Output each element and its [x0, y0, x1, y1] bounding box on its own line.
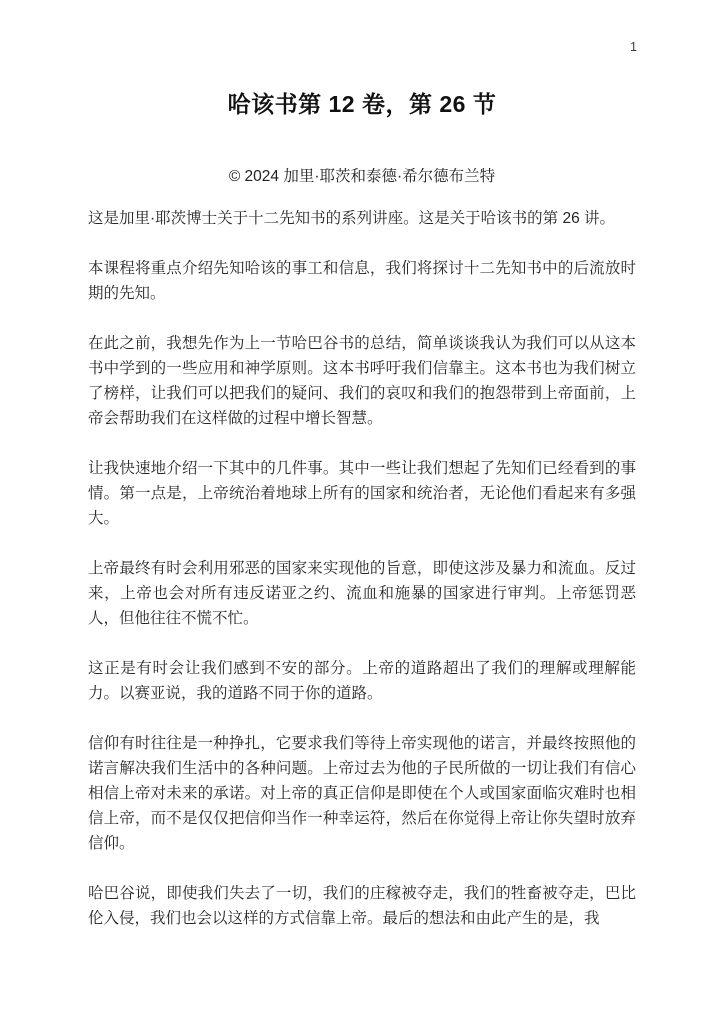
copyright-line: © 2024 加里·耶茨和泰德·希尔德布兰特	[88, 166, 636, 188]
paragraph: 上帝最终有时会利用邪恶的国家来实现他的旨意，即使这涉及暴力和流血。反过来，上帝也…	[88, 556, 636, 631]
paragraph: 信仰有时往往是一种挣扎，它要求我们等待上帝实现他的诺言，并最终按照他的诺言解决我…	[88, 731, 636, 856]
page-content: 哈该书第 12 卷，第 26 节 © 2024 加里·耶茨和泰德·希尔德布兰特 …	[88, 0, 636, 956]
paragraph: 让我快速地介绍一下其中的几件事。其中一些让我们想起了先知们已经看到的事情。第一点…	[88, 456, 636, 531]
paragraph: 这正是有时会让我们感到不安的部分。上帝的道路超出了我们的理解或理解能力。以赛亚说…	[88, 656, 636, 706]
document-page: 1 哈该书第 12 卷，第 26 节 © 2024 加里·耶茨和泰德·希尔德布兰…	[0, 0, 724, 1024]
body-text: 这是加里·耶茨博士关于十二先知书的系列讲座。这是关于哈该书的第 26 讲。 本课…	[88, 206, 636, 931]
paragraph: 哈巴谷说，即使我们失去了一切，我们的庄稼被夺走，我们的牲畜被夺走，巴比伦入侵，我…	[88, 881, 636, 931]
paragraph: 在此之前，我想先作为上一节哈巴谷书的总结，简单谈谈我认为我们可以从这本书中学到的…	[88, 331, 636, 431]
paragraph: 这是加里·耶茨博士关于十二先知书的系列讲座。这是关于哈该书的第 26 讲。	[88, 206, 636, 231]
paragraph: 本课程将重点介绍先知哈该的事工和信息，我们将探讨十二先知书中的后流放时期的先知。	[88, 256, 636, 306]
document-title: 哈该书第 12 卷，第 26 节	[88, 89, 636, 119]
